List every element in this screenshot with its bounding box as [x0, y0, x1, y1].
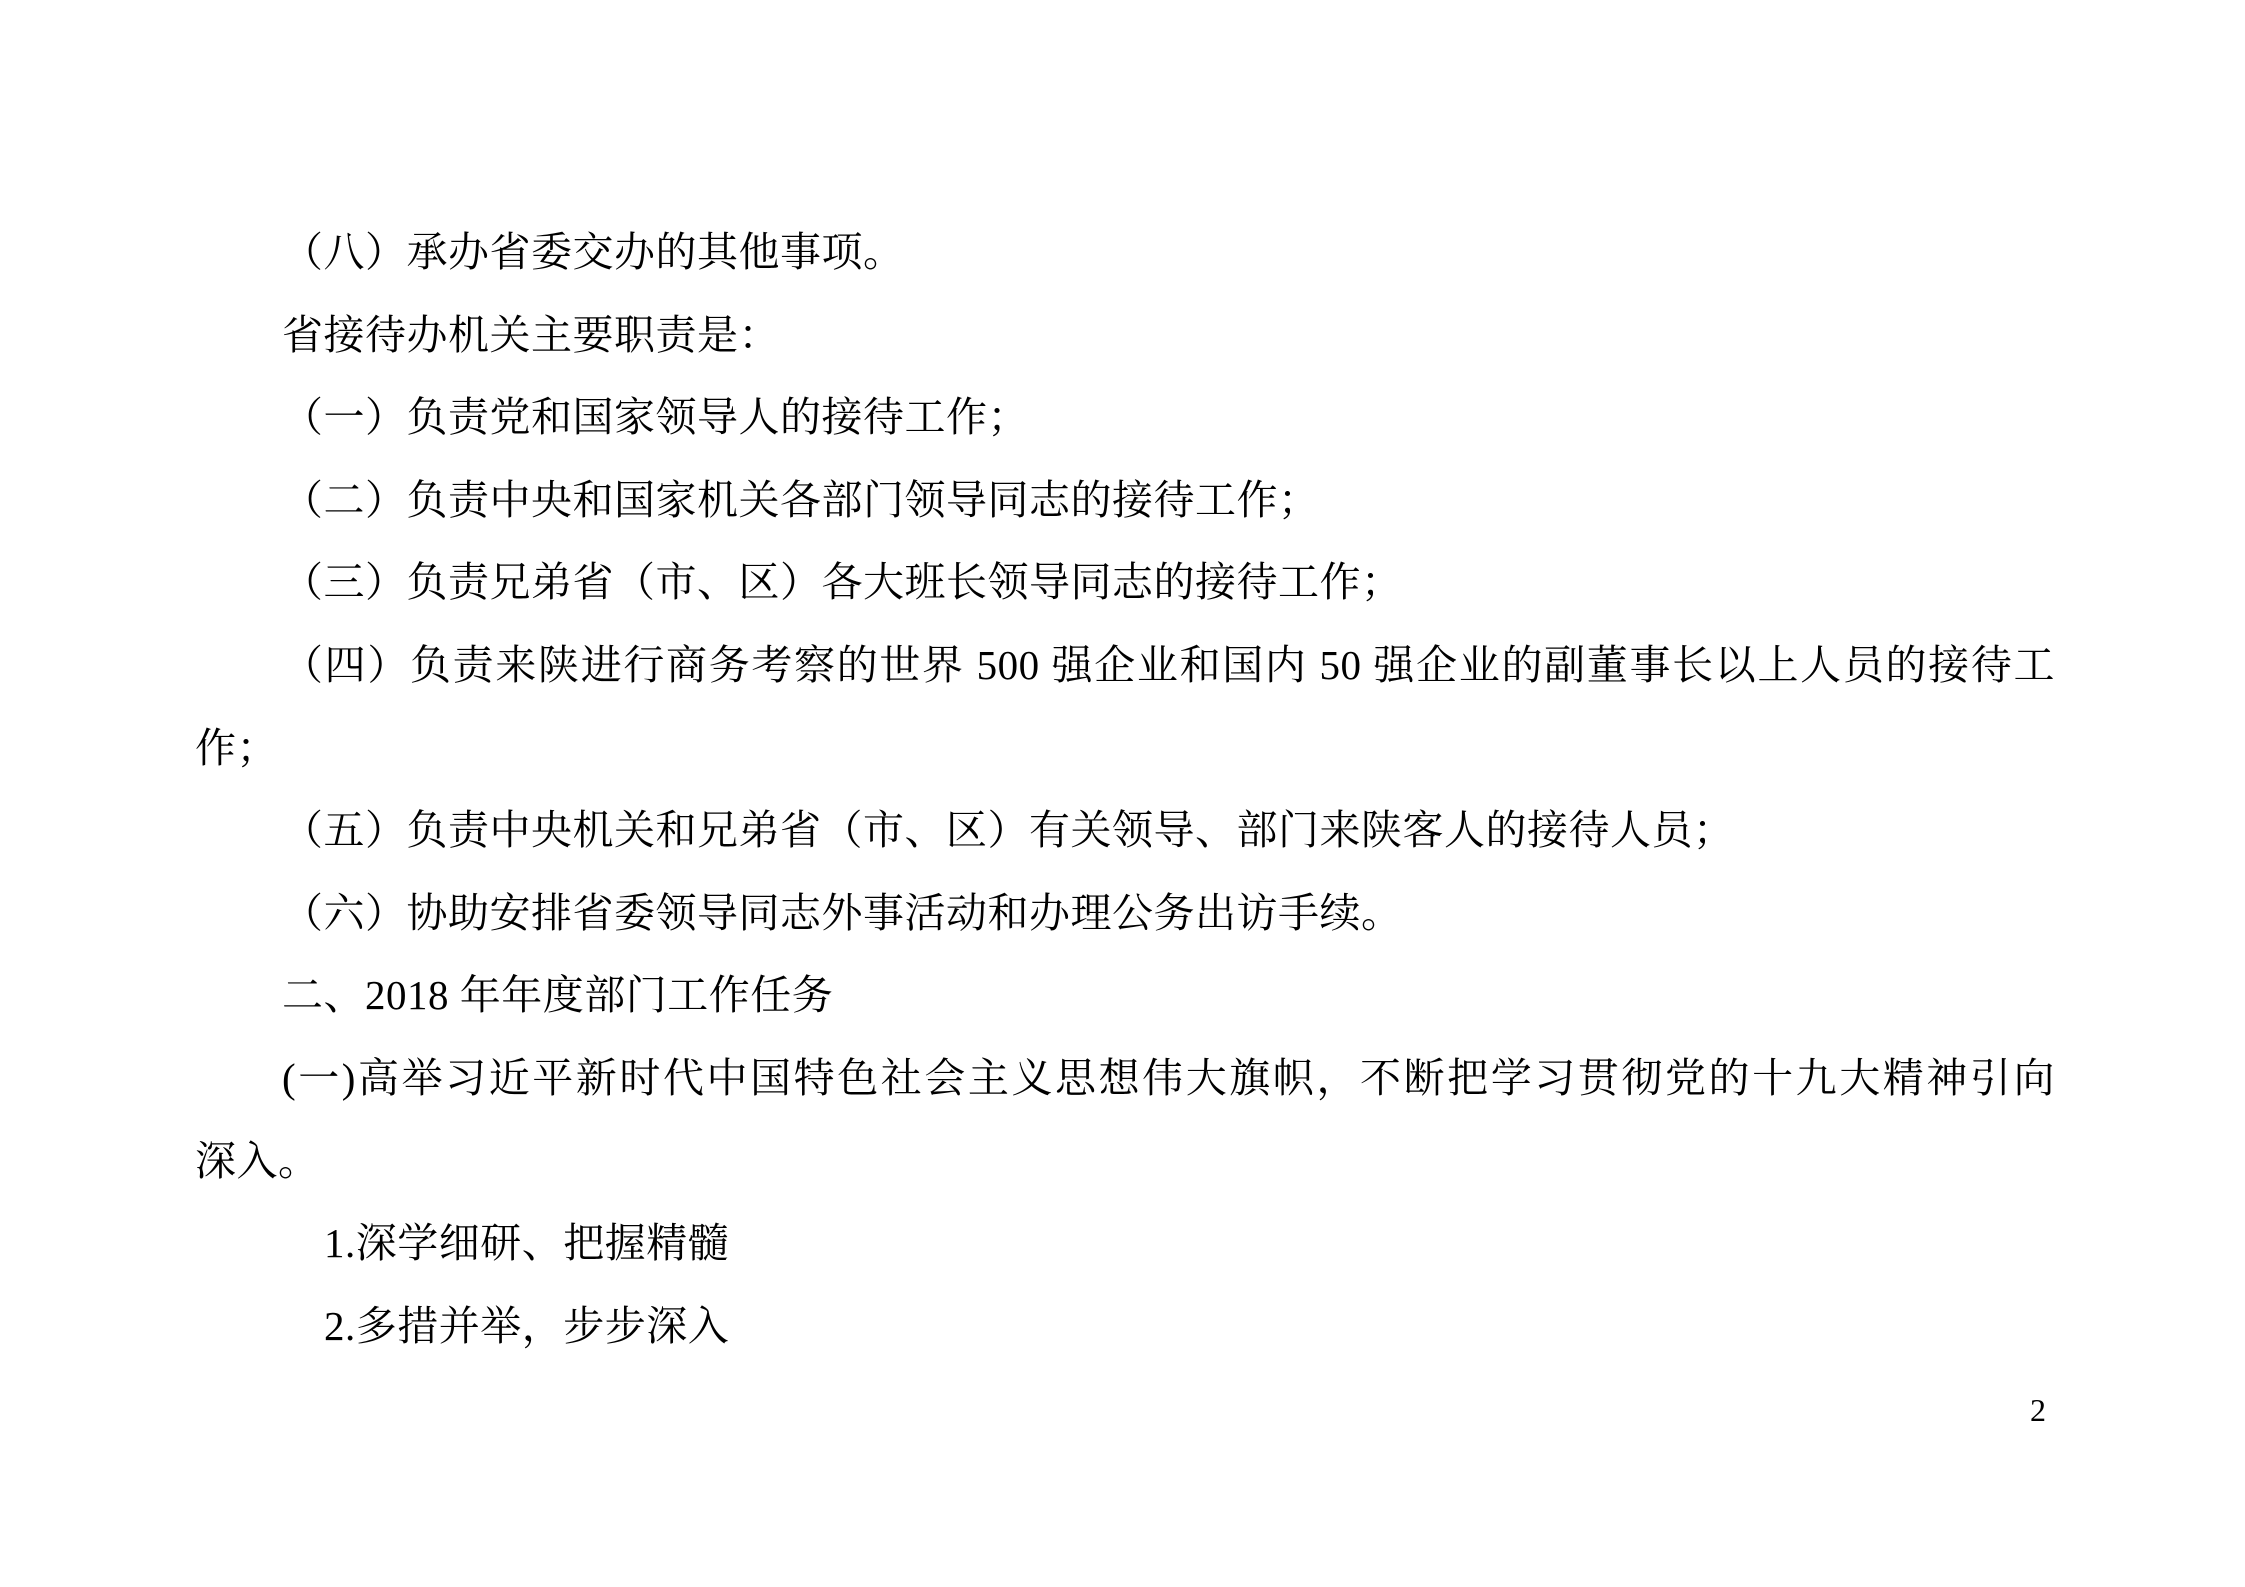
- document-line: （三）负责兄弟省（市、区）各大班长领导同志的接待工作；: [195, 541, 2055, 624]
- document-page: （八）承办省委交办的其他事项。省接待办机关主要职责是：（一）负责党和国家领导人的…: [0, 0, 2245, 1587]
- document-line: （五）负责中央机关和兄弟省（市、区）有关领导、部门来陕客人的接待人员；: [195, 789, 2055, 872]
- document-line: 二、2018 年年度部门工作任务: [195, 954, 2055, 1037]
- document-line: 省接待办机关主要职责是：: [195, 294, 2055, 377]
- document-line: （二）负责中央和国家机关各部门领导同志的接待工作；: [195, 459, 2055, 542]
- document-line: 作；: [195, 707, 2055, 790]
- document-line: （一）负责党和国家领导人的接待工作；: [195, 376, 2055, 459]
- document-line: 1.深学细研、把握精髓: [195, 1202, 2055, 1285]
- document-line: （四）负责来陕进行商务考察的世界 500 强企业和国内 50 强企业的副董事长以…: [195, 624, 2055, 707]
- document-body: （八）承办省委交办的其他事项。省接待办机关主要职责是：（一）负责党和国家领导人的…: [195, 211, 2055, 1367]
- document-line: 2.多措并举，步步深入: [195, 1285, 2055, 1368]
- page-number: 2: [2030, 1390, 2074, 1430]
- document-line: (一)高举习近平新时代中国特色社会主义思想伟大旗帜，不断把学习贯彻党的十九大精神…: [195, 1037, 2055, 1120]
- document-line: （八）承办省委交办的其他事项。: [195, 211, 2055, 294]
- document-line: （六）协助安排省委领导同志外事活动和办理公务出访手续。: [195, 872, 2055, 955]
- document-line: 深入。: [195, 1120, 2055, 1203]
